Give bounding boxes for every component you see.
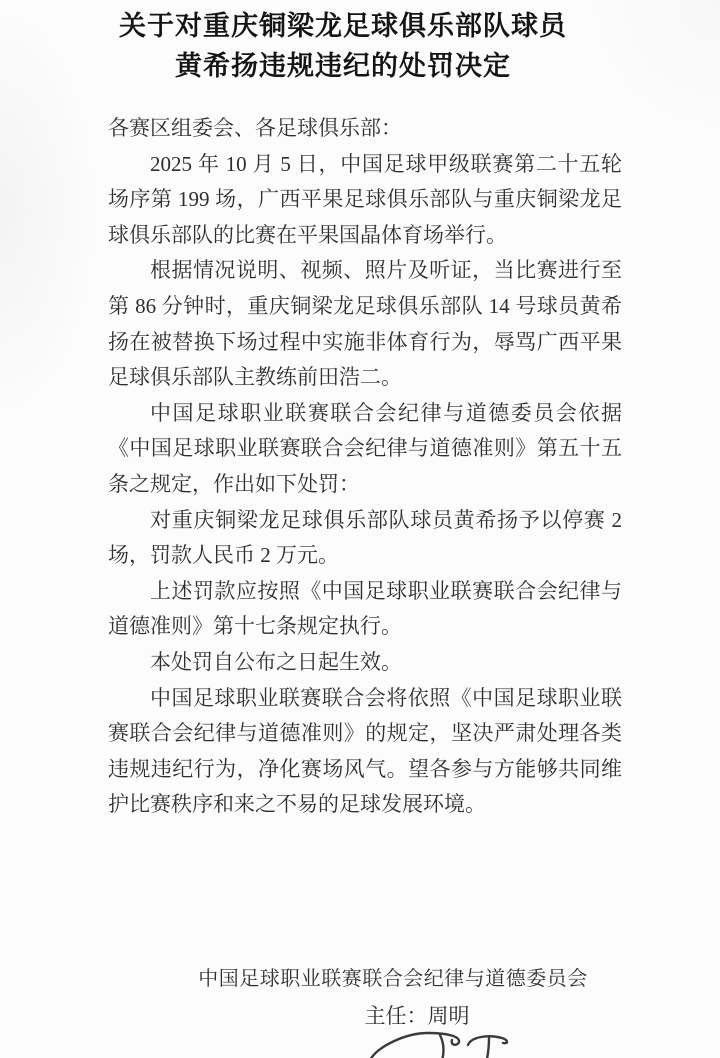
- paragraph-penalty: 对重庆铜梁龙足球俱乐部队球员黄希扬予以停赛 2 场，罚款人民币 2 万元。: [108, 503, 622, 574]
- paragraph-closing-statement: 中国足球职业联赛联合会将依照《中国足球职业联赛联合会纪律与道德准则》的规定，坚决…: [108, 681, 622, 823]
- title-line-2: 黄希扬违规违纪的处罚决定: [0, 46, 703, 86]
- document-title: 关于对重庆铜梁龙足球俱乐部队球员 黄希扬违规违纪的处罚决定: [0, 0, 703, 86]
- signature-organization: 中国足球职业联赛联合会纪律与道德委员会: [33, 966, 720, 992]
- paragraph-ruling-basis: 中国足球职业联赛联合会纪律与道德委员会依据《中国足球职业联赛联合会纪律与道德准则…: [108, 396, 622, 503]
- salutation: 各赛区组委会、各足球俱乐部：: [108, 111, 622, 147]
- signature-signer: 主任：周明: [57, 1004, 720, 1028]
- handwritten-signature-icon: [368, 1030, 518, 1058]
- paragraph-incident: 根据情况说明、视频、照片及听证，当比赛进行至第 86 分钟时，重庆铜梁龙足球俱乐…: [108, 253, 622, 395]
- document-body: 各赛区组委会、各足球俱乐部： 2025 年 10 月 5 日，中国足球甲级联赛第…: [108, 111, 622, 823]
- document-page: 关于对重庆铜梁龙足球俱乐部队球员 黄希扬违规违纪的处罚决定 各赛区组委会、各足球…: [0, 0, 720, 1058]
- title-line-1: 关于对重庆铜梁龙足球俱乐部队球员: [0, 6, 703, 46]
- paragraph-effective-date: 本处罚自公布之日起生效。: [108, 645, 622, 681]
- paragraph-fine-execution: 上述罚款应按照《中国足球职业联赛联合会纪律与道德准则》第十七条规定执行。: [108, 574, 622, 645]
- signature-block: 中国足球职业联赛联合会纪律与道德委员会 主任：周明: [0, 966, 720, 1028]
- paragraph-match-info: 2025 年 10 月 5 日，中国足球甲级联赛第二十五轮场序第 199 场，广…: [108, 147, 622, 254]
